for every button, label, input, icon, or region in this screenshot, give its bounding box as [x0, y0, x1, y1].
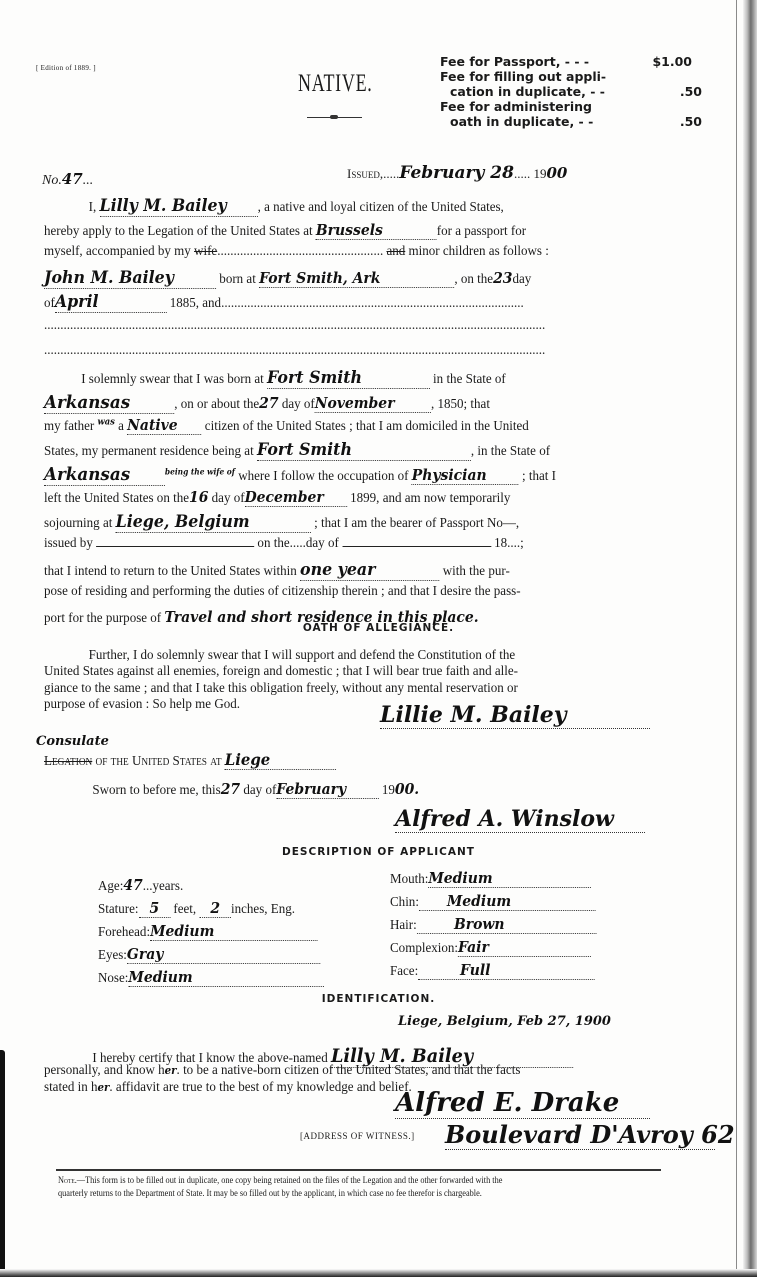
- accompanied-line: myself, accompanied by my wife..........…: [44, 244, 615, 260]
- description-stature: Stature:5 feet, 2inches, Eng.: [98, 899, 295, 918]
- birth-date-line: Arkansas, on or about the27 day ofNovemb…: [44, 392, 615, 414]
- description-chin: Chin:Medium: [390, 892, 596, 911]
- nose-value: Medium: [128, 968, 323, 987]
- hair-value: Brown: [417, 915, 596, 934]
- native-born-line: personally, and know her. to be a native…: [44, 1063, 615, 1079]
- application-number: No.47...: [42, 170, 93, 189]
- complexion-value: Fair: [458, 938, 591, 957]
- birthplace: Fort Smith: [267, 368, 430, 389]
- description-age: Age:47...years.: [98, 876, 183, 895]
- fee-row: Fee for filling out appli-: [440, 69, 692, 84]
- sworn-city: Liege: [225, 750, 337, 770]
- description-heading: DESCRIPTION OF APPLICANT: [0, 846, 757, 858]
- description-nose: Nose:Medium: [98, 968, 324, 987]
- footnote: Note.—This form is to be filled out in d…: [58, 1174, 647, 1200]
- forehead-value: Medium: [150, 922, 317, 941]
- sojourning-place: Liege, Belgium: [116, 512, 311, 533]
- oath-line: United States against all enemies, forei…: [44, 664, 615, 680]
- consulate-insert: Consulate: [36, 734, 109, 749]
- edition-label: [ Edition of 1889. ]: [36, 64, 96, 72]
- fee-row: Fee for administering: [440, 99, 692, 114]
- return-line: that I intend to return to the United St…: [44, 560, 615, 581]
- applicant-signature: Lillie M. Bailey: [380, 702, 650, 729]
- face-value: Full: [418, 961, 595, 980]
- fee-row: oath in duplicate, - -.50: [440, 114, 702, 129]
- fee-row: cation in duplicate, - -.50: [440, 84, 702, 99]
- birth-day: 27: [259, 394, 278, 412]
- description-hair: Hair:Brown: [390, 915, 596, 934]
- page-left-edge-shadow: [0, 1050, 5, 1277]
- birth-state: Arkansas: [44, 392, 174, 414]
- child-date-line: ofApril 1885, and.......................…: [44, 292, 615, 313]
- child-name: John M. Bailey: [44, 268, 216, 289]
- child-birth-day: 23: [493, 269, 512, 287]
- issued-date-blank: [342, 546, 491, 547]
- page-fold-line: [736, 0, 737, 1277]
- applicant-line: I, Lilly M. Bailey, a native and loyal c…: [44, 196, 660, 217]
- occupation-line: Arkansasbeing the wife of where I follow…: [44, 464, 615, 486]
- father-line: my father was a Native citizen of the Un…: [44, 416, 615, 435]
- legation-city: Brussels: [316, 221, 437, 240]
- title-rule-ornament: [330, 115, 338, 119]
- witness-address: Boulevard D'Avroy 62: [445, 1120, 715, 1150]
- residence-line: States, my permanent residence being at …: [44, 440, 615, 461]
- occupation: Physician: [412, 466, 519, 485]
- residence-state: Arkansas: [44, 464, 165, 486]
- stature-feet: 5: [138, 899, 170, 918]
- application-number-value: 47: [62, 170, 83, 188]
- departure-year: 1899: [350, 491, 376, 506]
- description-face: Face:Full: [390, 961, 595, 980]
- official-signature: Alfred A. Winslow: [395, 806, 645, 833]
- oath-line: giance to the same ; and that I take thi…: [44, 681, 615, 697]
- fee-row: Fee for Passport, - - -$1.00: [440, 54, 692, 69]
- page-bottom-edge-shadow: [0, 1269, 757, 1277]
- birth-month: November: [315, 394, 431, 413]
- description-complexion: Complexion:Fair: [390, 938, 591, 957]
- departure-month: December: [245, 488, 347, 507]
- chin-value: Medium: [419, 892, 596, 911]
- issued-date: Issued,.....February 28..... 1900: [347, 163, 567, 183]
- age-value: 47: [123, 876, 142, 894]
- blank-line: ........................................…: [44, 318, 615, 334]
- birth-year: 1850: [438, 397, 464, 412]
- child-birthplace: Fort Smith, Ark: [259, 269, 454, 288]
- legation-line: hereby apply to the Legation of the Unit…: [44, 221, 615, 240]
- child-birth-year: 1885: [170, 296, 196, 311]
- prior-passport-number: —: [503, 516, 516, 531]
- purpose-text-line: pose of residing and performing the duti…: [44, 584, 615, 600]
- blank-line: ........................................…: [44, 343, 615, 359]
- description-forehead: Forehead:Medium: [98, 922, 317, 941]
- description-mouth: Mouth:Medium: [390, 869, 591, 888]
- sojourning-line: sojourning at Liege, Belgium ; that I am…: [44, 512, 615, 533]
- sworn-day: 27: [221, 780, 240, 798]
- return-period: one year: [300, 560, 440, 581]
- child-birth-month: April: [55, 292, 167, 313]
- stature-inches: 2: [199, 899, 231, 918]
- eyes-value: Gray: [127, 945, 320, 964]
- description-eyes: Eyes:Gray: [98, 945, 320, 964]
- birthplace-line: I solemnly swear that I was born at Fort…: [44, 368, 652, 389]
- father-status: Native: [127, 416, 201, 435]
- witness-address-label: [ADDRESS OF WITNESS.]: [300, 1131, 415, 1141]
- departure-day: 16: [189, 488, 208, 506]
- oath-heading: OATH OF ALLEGIANCE.: [0, 622, 757, 634]
- passport-application-page: [ Edition of 1889. ] NATIVE. Fee for Pas…: [0, 0, 757, 1277]
- issued-by-line: issued by on the.....day of 18....;: [44, 536, 615, 552]
- fee-schedule: Fee for Passport, - - -$1.00 Fee for fil…: [440, 54, 702, 129]
- residence-city: Fort Smith: [257, 440, 471, 461]
- sworn-date-line: Sworn to before me, this27 day ofFebruar…: [44, 780, 663, 799]
- departure-line: left the United States on the16 day ofDe…: [44, 488, 615, 507]
- identification-heading: IDENTIFICATION.: [0, 993, 757, 1005]
- note-divider: [56, 1169, 661, 1171]
- mouth-value: Medium: [428, 869, 591, 888]
- oath-line: Further, I do solemnly swear that I will…: [44, 648, 660, 664]
- book-binding-edge: [743, 0, 757, 1277]
- sworn-month: February: [276, 780, 378, 799]
- consulate-line: Legation of the United States at Liege: [44, 750, 615, 770]
- issued-date-value: February 28: [399, 163, 514, 183]
- child-line: John M. Bailey born at Fort Smith, Ark, …: [44, 268, 615, 289]
- applicant-name: Lilly M. Bailey: [99, 196, 257, 217]
- issued-by-value: [96, 546, 254, 547]
- witness-signature: Alfred E. Drake: [395, 1088, 650, 1119]
- form-type-title: NATIVE.: [298, 70, 373, 98]
- identification-place-date: Liege, Belgium, Feb 27, 1900: [398, 1014, 611, 1029]
